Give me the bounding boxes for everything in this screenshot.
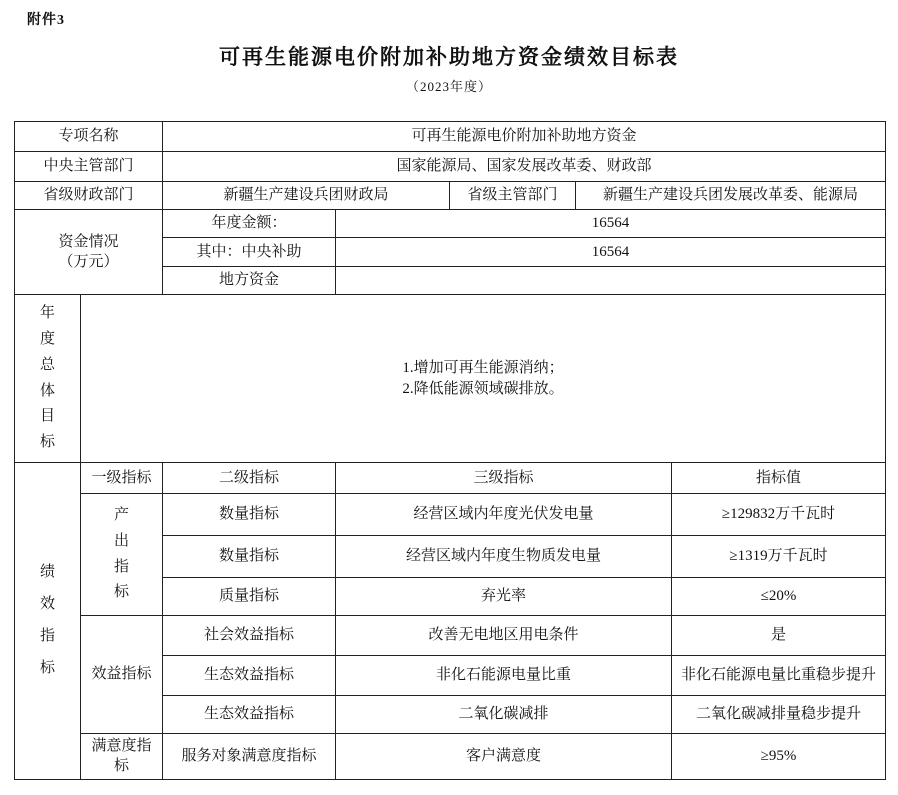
funding-annual-value: 16564 <box>336 210 886 238</box>
level3-cell: 二氧化碳减排 <box>336 696 672 734</box>
project-name-label: 专项名称 <box>15 122 163 152</box>
prov-admin-value: 新疆生产建设兵团发展改革委、能源局 <box>576 182 886 210</box>
header-level1: 一级指标 <box>81 463 163 494</box>
level2-cell: 质量指标 <box>163 578 336 616</box>
funding-local-value <box>336 267 886 295</box>
indicator-value-cell: 二氧化碳减排量稳步提升 <box>672 696 886 734</box>
funding-central-value: 16564 <box>336 238 886 267</box>
funding-local-label: 地方资金 <box>163 267 336 295</box>
prov-finance-label: 省级财政部门 <box>15 182 163 210</box>
annual-goal-content: 1.增加可再生能源消纳； 2.降低能源领域碳排放。 <box>81 295 886 463</box>
central-dept-label: 中央主管部门 <box>15 152 163 182</box>
level1-output-cell: 产出指标 <box>81 494 163 616</box>
level1-benefit-cell: 效益指标 <box>81 616 163 734</box>
level1-output-text: 产出指标 <box>114 503 130 606</box>
indicator-value-cell: 是 <box>672 616 886 656</box>
central-dept-value: 国家能源局、国家发展改革委、财政部 <box>163 152 886 182</box>
annual-goal-label: 年度总体目标 <box>15 295 81 463</box>
indicator-row: 满意度指标 服务对象满意度指标 客户满意度 ≥95% <box>15 734 886 780</box>
prov-finance-value: 新疆生产建设兵团财政局 <box>163 182 450 210</box>
project-name-value: 可再生能源电价附加补助地方资金 <box>163 122 886 152</box>
header-level3: 三级指标 <box>336 463 672 494</box>
page-title: 可再生能源电价附加补助地方资金绩效目标表 <box>0 44 898 70</box>
level3-cell: 客户满意度 <box>336 734 672 780</box>
level3-cell: 经营区域内年度光伏发电量 <box>336 494 672 536</box>
level2-cell: 服务对象满意度指标 <box>163 734 336 780</box>
level3-cell: 改善无电地区用电条件 <box>336 616 672 656</box>
indicator-value-cell: ≥129832万千瓦时 <box>672 494 886 536</box>
indicator-value-cell: 非化石能源电量比重稳步提升 <box>672 656 886 696</box>
indicator-row: 效益指标 社会效益指标 改善无电地区用电条件 是 <box>15 616 886 656</box>
table-row: 专项名称 可再生能源电价附加补助地方资金 <box>15 122 886 152</box>
performance-section-label: 绩效指标 <box>15 463 81 780</box>
header-value: 指标值 <box>672 463 886 494</box>
indicator-row: 产出指标 数量指标 经营区域内年度光伏发电量 ≥129832万千瓦时 <box>15 494 886 536</box>
attachment-label: 附件3 <box>0 0 898 29</box>
level1-satisfaction-cell: 满意度指标 <box>81 734 163 780</box>
level2-cell: 生态效益指标 <box>163 656 336 696</box>
performance-section-label-text: 绩效指标 <box>40 557 56 684</box>
level3-cell: 弃光率 <box>336 578 672 616</box>
table-row: 资金情况 （万元） 年度金额： 16564 <box>15 210 886 238</box>
level2-cell: 生态效益指标 <box>163 696 336 734</box>
page-subtitle: （2023年度） <box>0 79 898 95</box>
funding-central-label: 其中：中央补助 <box>163 238 336 267</box>
table-row: 中央主管部门 国家能源局、国家发展改革委、财政部 <box>15 152 886 182</box>
indicator-value-cell: ≤20% <box>672 578 886 616</box>
prov-admin-label: 省级主管部门 <box>450 182 576 210</box>
indicator-value-cell: ≥95% <box>672 734 886 780</box>
funding-label: 资金情况 （万元） <box>15 210 163 295</box>
level2-cell: 数量指标 <box>163 536 336 578</box>
performance-target-table: 专项名称 可再生能源电价附加补助地方资金 中央主管部门 国家能源局、国家发展改革… <box>14 121 886 780</box>
funding-annual-label: 年度金额： <box>163 210 336 238</box>
level1-satisfaction-text: 满意度指标 <box>89 736 154 777</box>
document-page: 附件3 可再生能源电价附加补助地方资金绩效目标表 （2023年度） 专项名称 可… <box>0 0 898 795</box>
table-row: 绩效指标 一级指标 二级指标 三级指标 指标值 <box>15 463 886 494</box>
annual-goal-label-text: 年度总体目标 <box>40 301 56 456</box>
header-level2: 二级指标 <box>163 463 336 494</box>
level3-cell: 经营区域内年度生物质发电量 <box>336 536 672 578</box>
level2-cell: 数量指标 <box>163 494 336 536</box>
table-row: 省级财政部门 新疆生产建设兵团财政局 省级主管部门 新疆生产建设兵团发展改革委、… <box>15 182 886 210</box>
table-row: 年度总体目标 1.增加可再生能源消纳； 2.降低能源领域碳排放。 <box>15 295 886 463</box>
indicator-value-cell: ≥1319万千瓦时 <box>672 536 886 578</box>
level3-cell: 非化石能源电量比重 <box>336 656 672 696</box>
level2-cell: 社会效益指标 <box>163 616 336 656</box>
